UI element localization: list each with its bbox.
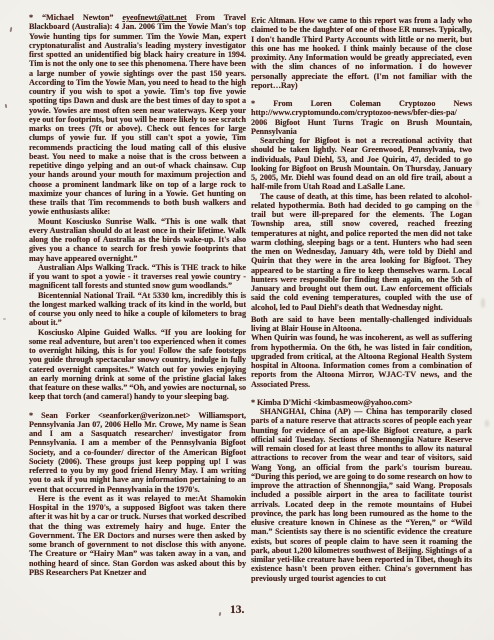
travel-blackboard-lead: * “Michael Newton” [29,13,122,22]
cryptozoo-news-header: * From Loren Coleman Cryptozoo News http… [251,99,472,136]
alps-walking-track-item: Australian Alps Walking Track. “This is … [29,263,246,291]
alpine-guided-walks-item: Kosciusko Alpine Guided Walks. “If you a… [29,328,246,402]
bicentennial-trail-item: Bicentennial National Trail. “At 5330 km… [29,291,246,328]
travel-blackboard-item: * “Michael Newton” eyeofnewt@att.net Fro… [29,13,246,217]
scan-smudge [485,420,489,427]
shamokin-event-paragraph: Here is the event as it was relayed to m… [29,494,246,577]
page-number: 13. [230,604,244,616]
shennongjia-article: SHANGHAI, China (AP) — China has tempora… [251,407,472,583]
left-column: * “Michael Newton” eyeofnewt@att.net Fro… [29,13,246,577]
kimba-dmichi-header: * Kimba D'Michi <kimbasmeow@yahoo.com> [251,398,472,407]
blair-house-note: Both are said to have been mentally-chal… [251,315,472,334]
scan-speck [5,104,8,108]
eric-altman-continuation: Eric Altman. How we came to this report … [251,16,472,90]
scanned-newsletter-page: * “Michael Newton” eyeofnewt@att.net Fro… [0,0,494,640]
scan-speck [10,27,13,32]
scan-speck [219,612,222,616]
scan-smudge [481,298,485,308]
scan-smudge [476,200,479,206]
quirin-condition-paragraph: When Quirin was found, he was incoherent… [251,333,472,389]
right-column: Eric Altman. How we came to this report … [251,16,472,583]
sean-forker-letter: * Sean Forker <seanforker@verizon.net> W… [29,411,246,494]
brush-mountain-paragraph-1: Searching for Bigfoot is not a recreatio… [251,136,472,192]
brush-mountain-paragraph-2: The cause of death, at this time, has be… [251,192,472,312]
travel-blackboard-body: From Travel Blackboard (Australia): 4 Ja… [29,13,246,216]
email-eyeofnewt: eyeofnewt@att.net [122,13,186,22]
scan-speck [3,318,6,320]
sunrise-walk-item: Mount Kosciusko Sunrise Walk. “This is o… [29,217,246,263]
